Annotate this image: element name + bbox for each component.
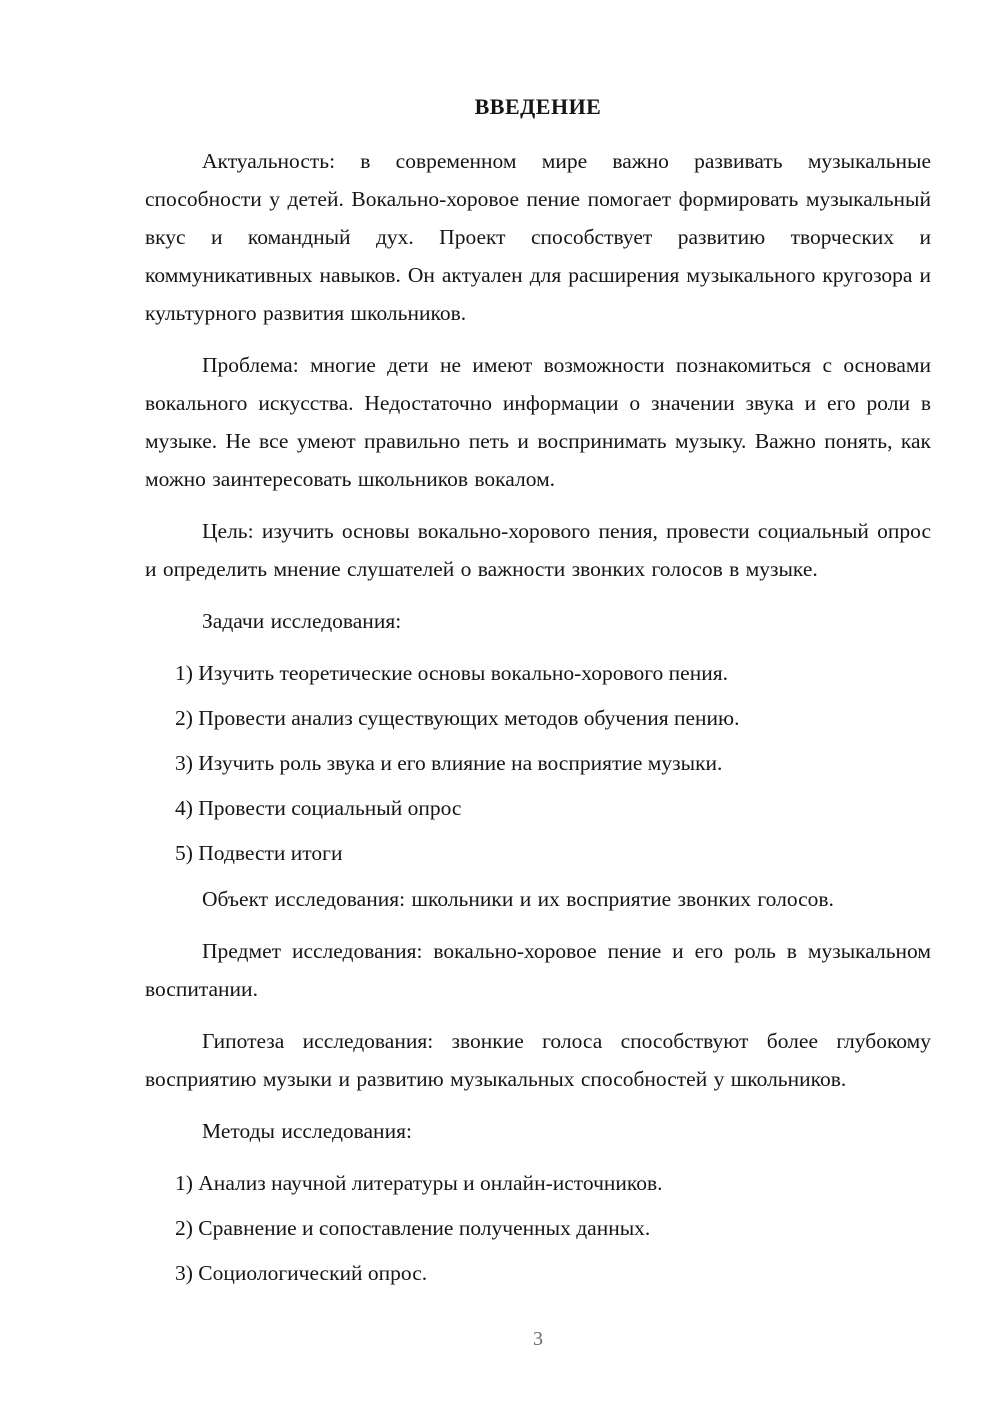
tasks-list: 1) Изучить теоретические основы вокально… bbox=[145, 654, 931, 872]
methods-list: 1) Анализ научной литературы и онлайн-ис… bbox=[145, 1164, 931, 1292]
list-item: 5) Подвести итоги bbox=[145, 834, 931, 872]
list-item: 1) Анализ научной литературы и онлайн-ис… bbox=[145, 1164, 931, 1202]
list-item: 4) Провести социальный опрос bbox=[145, 789, 931, 827]
paragraph-subject: Предмет исследования: вокально-хоровое п… bbox=[145, 932, 931, 1008]
page-number: 3 bbox=[145, 1324, 931, 1354]
list-item: 2) Сравнение и сопоставление полученных … bbox=[145, 1209, 931, 1247]
list-item: 3) Изучить роль звука и его влияние на в… bbox=[145, 744, 931, 782]
list-item: 1) Изучить теоретические основы вокально… bbox=[145, 654, 931, 692]
paragraph-hypothesis: Гипотеза исследования: звонкие голоса сп… bbox=[145, 1022, 931, 1098]
document-page: ВВЕДЕНИЕ Актуальность: в современном мир… bbox=[0, 0, 1000, 1414]
page-content: ВВЕДЕНИЕ Актуальность: в современном мир… bbox=[145, 88, 931, 1300]
paragraph-object: Объект исследования: школьники и их восп… bbox=[145, 880, 931, 918]
paragraph-problem: Проблема: многие дети не имеют возможнос… bbox=[145, 346, 931, 498]
paragraph-goal: Цель: изучить основы вокально-хорового п… bbox=[145, 512, 931, 588]
list-item: 2) Провести анализ существующих методов … bbox=[145, 699, 931, 737]
page-title: ВВЕДЕНИЕ bbox=[145, 88, 931, 126]
tasks-heading: Задачи исследования: bbox=[145, 602, 931, 640]
methods-heading: Методы исследования: bbox=[145, 1112, 931, 1150]
paragraph-relevance: Актуальность: в современном мире важно р… bbox=[145, 142, 931, 332]
list-item: 3) Социологический опрос. bbox=[145, 1254, 931, 1292]
